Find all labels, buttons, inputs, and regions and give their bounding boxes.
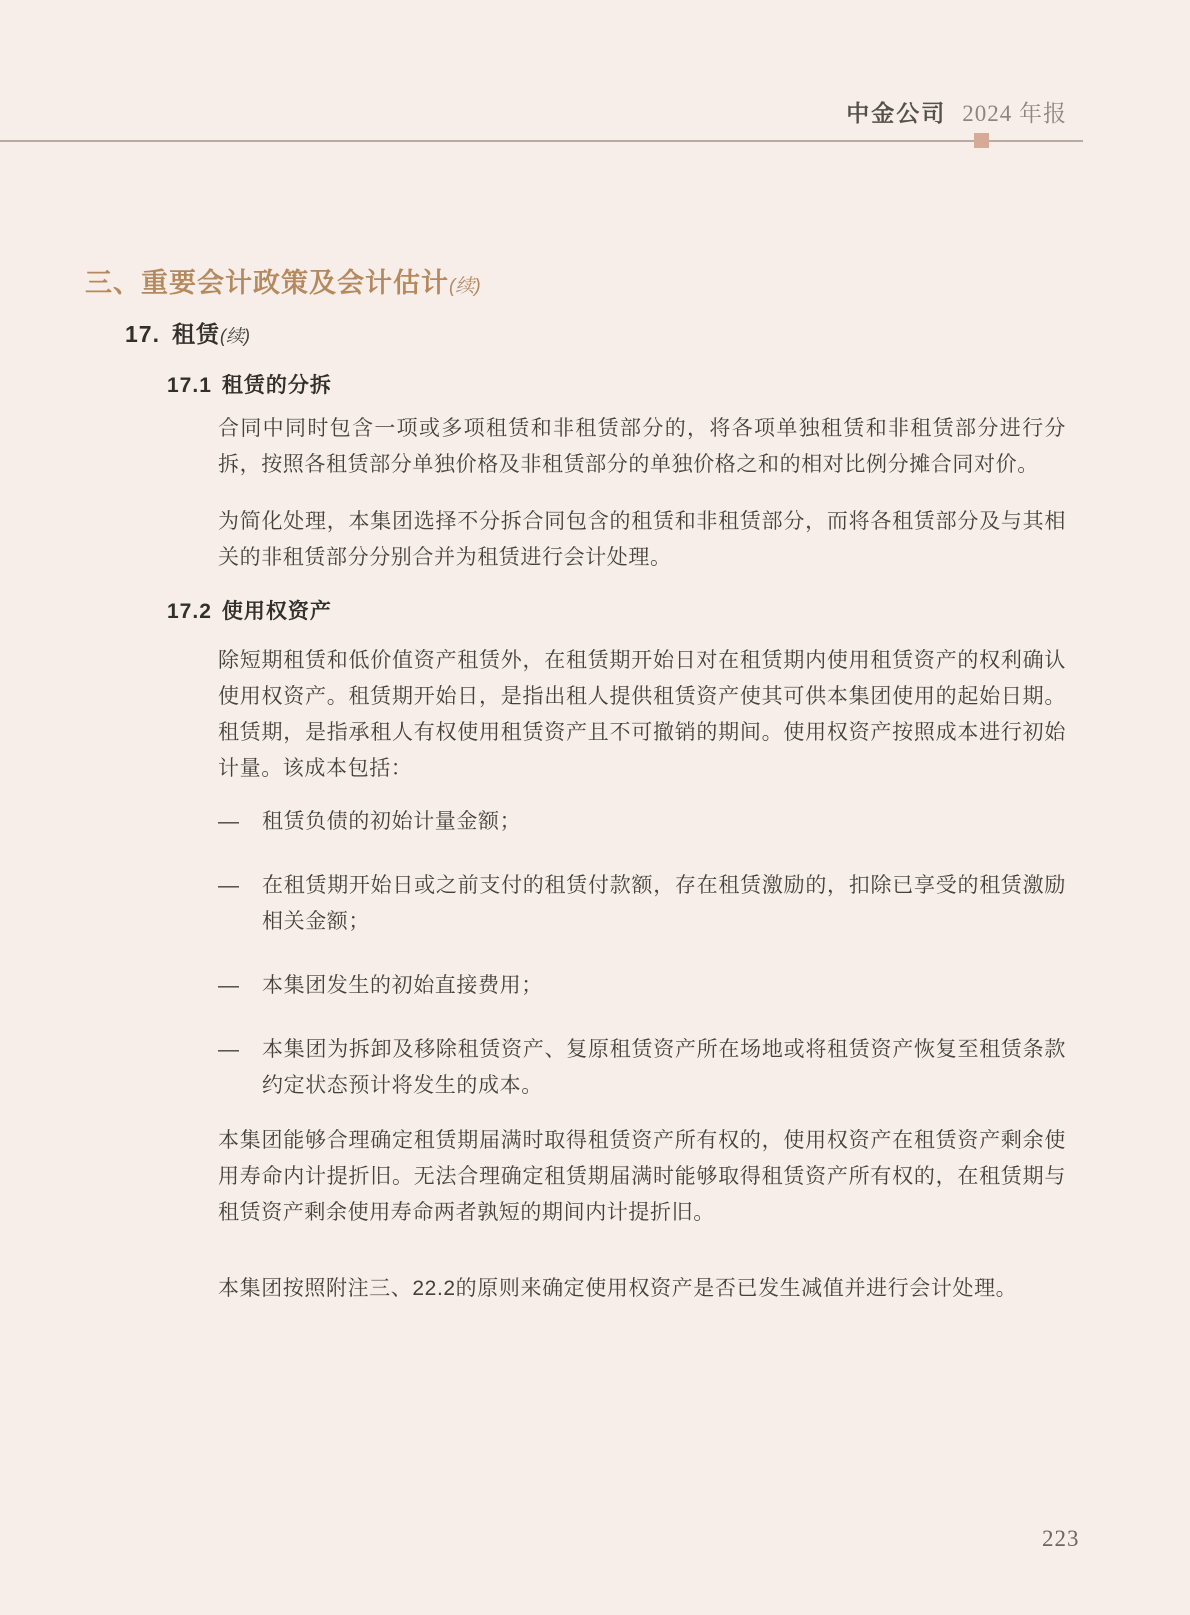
chapter-heading-continued-suffix: (续) (449, 276, 481, 297)
section-17-number: 17. (125, 321, 160, 347)
page-content: 三、重要会计政策及会计估计(续) 17.租赁(续) 17.1租赁的分拆 合同中同… (0, 0, 1190, 1307)
bullet-item-text: 本集团为拆卸及移除租赁资产、复原租赁资产所在场地或将租赁资产恢复至租赁条款约定状… (262, 1032, 1066, 1104)
page-number: 223 (1042, 1526, 1080, 1552)
section-17-1-paragraph-1: 合同中同时包含一项或多项租赁和非租赁部分的，将各项单独租赁和非租赁部分进行分拆，… (218, 411, 1066, 483)
section-17-title: 租赁 (172, 321, 220, 347)
section-17-2-intro-paragraph: 除短期租赁和低价值资产租赁外，在租赁期开始日对在租赁期内使用租赁资产的权利确认使… (218, 643, 1066, 787)
section-17-2-number: 17.2 (167, 600, 212, 623)
section-17-2-title: 使用权资产 (222, 600, 332, 623)
section-17-2-closing-paragraph-2: 本集团按照附注三、22.2的原则来确定使用权资产是否已发生减值并进行会计处理。 (218, 1271, 1066, 1307)
bullet-item: — 本集团发生的初始直接费用； (218, 968, 1066, 1004)
chapter-heading-title: 三、重要会计政策及会计估计 (85, 268, 449, 298)
section-17-2-heading: 17.2使用权资产 (167, 598, 1190, 626)
section-17-1-title: 租赁的分拆 (222, 374, 332, 397)
bullet-dash-marker: — (218, 804, 262, 840)
section-17-1-heading: 17.1租赁的分拆 (167, 372, 1190, 400)
section-17-heading: 17.租赁(续) (125, 318, 1190, 352)
bullet-item: — 租赁负债的初始计量金额； (218, 804, 1066, 840)
report-page: 中金公司2024 年报 三、重要会计政策及会计估计(续) 17.租赁(续) 17… (0, 0, 1190, 1615)
section-17-continued-suffix: (续) (220, 326, 250, 346)
section-17-1-number: 17.1 (167, 374, 212, 397)
section-17-1-paragraph-2: 为简化处理，本集团选择不分拆合同包含的租赁和非租赁部分，而将各租赁部分及与其相关… (218, 504, 1066, 576)
bullet-item: — 在租赁期开始日或之前支付的租赁付款额，存在租赁激励的，扣除已享受的租赁激励相… (218, 868, 1066, 940)
bullet-item-text: 本集团发生的初始直接费用； (262, 968, 1066, 1004)
bullet-dash-marker: — (218, 968, 262, 1004)
bullet-item: — 本集团为拆卸及移除租赁资产、复原租赁资产所在场地或将租赁资产恢复至租赁条款约… (218, 1032, 1066, 1104)
bullet-item-text: 租赁负债的初始计量金额； (262, 804, 1066, 840)
section-17-2-closing-paragraph-1: 本集团能够合理确定租赁期届满时取得租赁资产所有权的，使用权资产在租赁资产剩余使用… (218, 1123, 1066, 1231)
bullet-dash-marker: — (218, 1032, 262, 1104)
bullet-dash-marker: — (218, 868, 262, 940)
chapter-heading: 三、重要会计政策及会计估计(续) (85, 265, 1190, 305)
bullet-item-text: 在租赁期开始日或之前支付的租赁付款额，存在租赁激励的，扣除已享受的租赁激励相关金… (262, 868, 1066, 940)
